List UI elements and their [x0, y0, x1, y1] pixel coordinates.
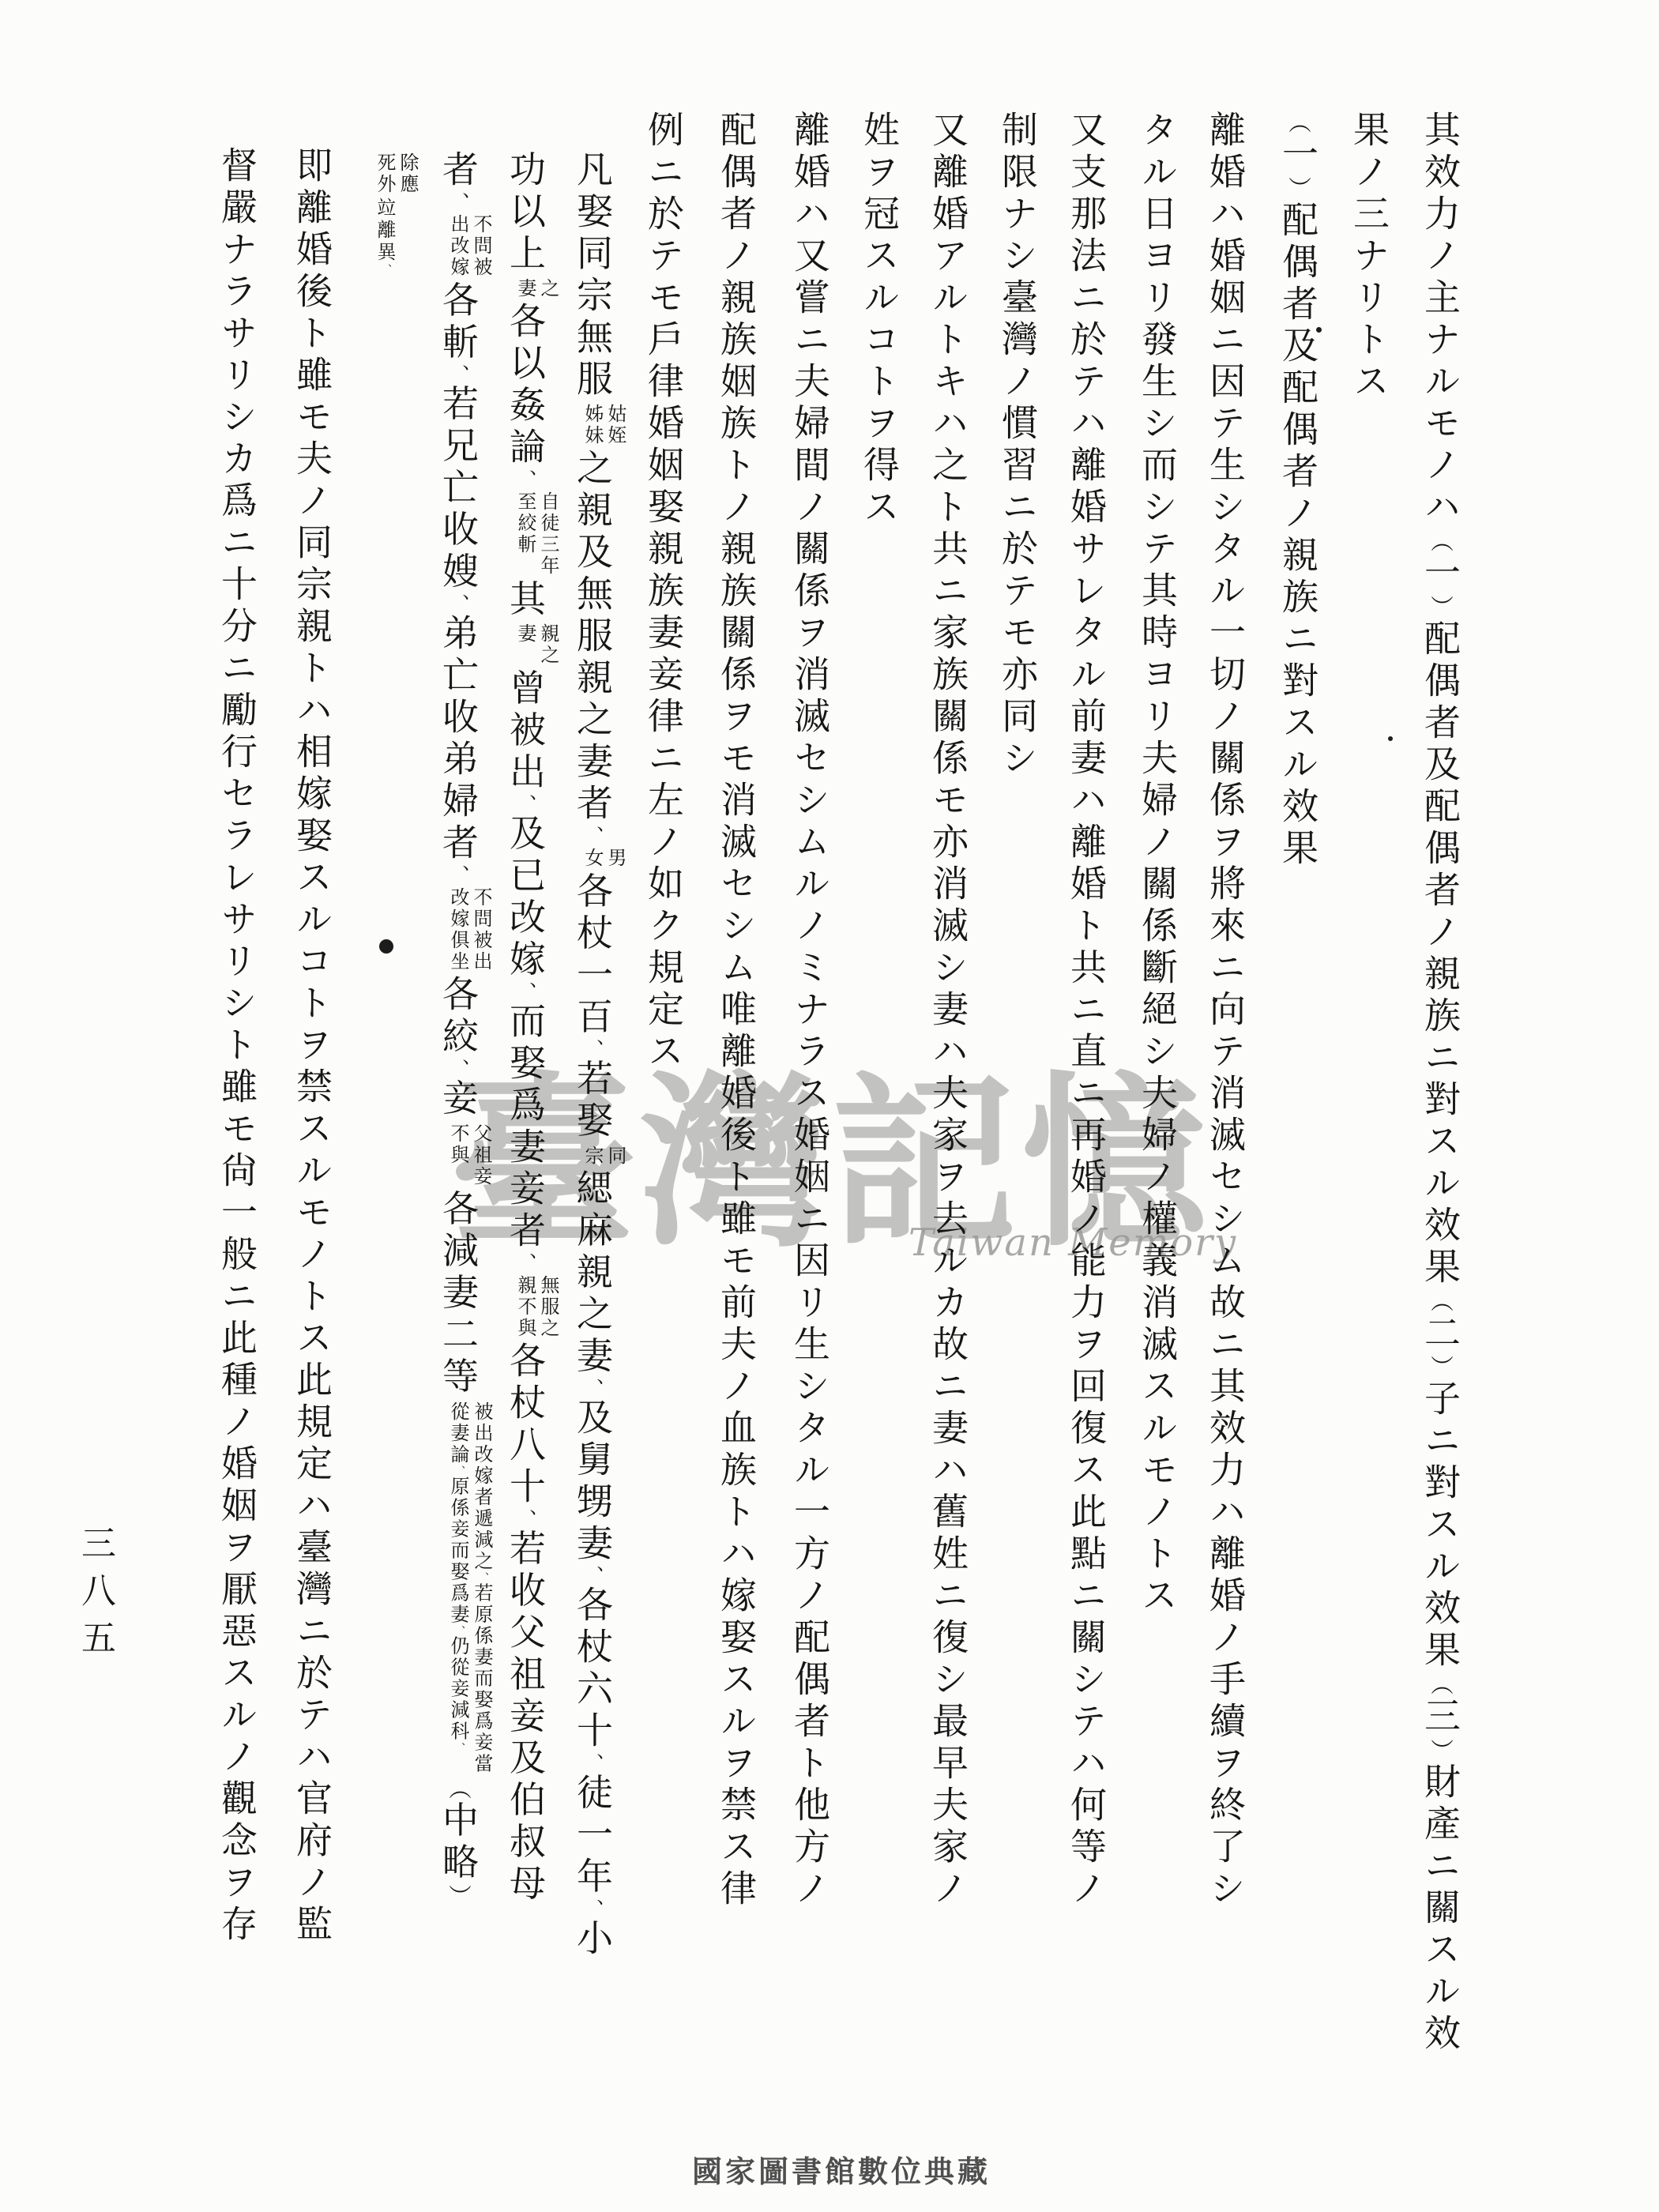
text-column-10: 離婚ハ又嘗ニ夫婦間ノ關係ヲ消滅セシムルノミナラス婚姻ニ因リ生シタル一方ノ配偶者ト…	[784, 111, 835, 1911]
punctuation: 、	[447, 1059, 470, 1078]
page-number: 三八五	[70, 1525, 120, 1667]
text-column-11: 配偶者ノ親族姻族トノ親族關係ヲモ消滅セシム唯離婚後ト雖モ前夫ノ血族トハ嫁娶スルヲ…	[711, 111, 762, 1911]
annotation-line: 不與	[446, 1123, 469, 1187]
annotation-line: 男	[604, 848, 626, 869]
text-column-2: 果ノ三ナリトス	[1344, 111, 1394, 404]
annotation-line: 親之	[536, 623, 559, 666]
annotation-line: 除應	[396, 152, 419, 195]
annotation-line: 改嫁俱坐	[446, 887, 469, 972]
punctuation: 、	[514, 469, 537, 489]
punctuation: 、	[379, 264, 391, 274]
inline-annotation: 之妻	[513, 278, 559, 299]
vertical-paren: ︵	[1428, 1289, 1454, 1314]
inline-annotation: 自徒三年至絞斬	[513, 491, 559, 577]
annotation-line: 出改嫁	[446, 214, 469, 278]
ink-speck	[379, 939, 393, 954]
punctuation: 、	[447, 364, 470, 384]
annotation-line: 妻	[513, 623, 536, 666]
text-column-6: 又支那法ニ於テハ離婚サレタル前妻ハ離婚ト共ニ直ニ再婚ノ能力ヲ回復ス此點ニ關シテハ…	[1061, 111, 1112, 1911]
ink-speck	[1316, 327, 1322, 333]
annotation-line: 女	[581, 848, 604, 869]
ink-speck	[1213, 998, 1217, 1003]
punctuation: 、	[476, 1572, 488, 1582]
vertical-paren: ︵	[1428, 1672, 1454, 1697]
punctuation: 、	[581, 826, 604, 845]
library-footer: 國家圖書館數位典藏	[0, 2147, 1659, 2191]
punctuation: 、	[514, 1509, 537, 1529]
annotation-line: 不問被	[469, 214, 492, 278]
punctuation: 、	[453, 1465, 465, 1476]
inline-annotation: 父祖妾不與	[446, 1123, 492, 1187]
annotation-line: 無服之	[536, 1275, 559, 1339]
punctuation: 、	[453, 1742, 465, 1752]
punctuation: 、	[514, 794, 537, 814]
vertical-paren: ︵	[1428, 529, 1454, 554]
punctuation: 、	[447, 594, 470, 614]
punctuation: 、	[581, 1899, 604, 1919]
vertical-paren: ︶	[446, 1884, 472, 1909]
punctuation: 、	[447, 192, 470, 212]
text-column-15: 者、不問被出改嫁各斬、若兄亡收嫂、弟亡收弟婦者、不問被出改嫁俱坐各絞、妾父祖妾不…	[433, 150, 494, 1909]
text-column-16: 除應死外竝離異、	[361, 150, 419, 274]
vertical-paren: ︶	[1428, 1739, 1454, 1763]
scanned-document-page: 臺灣記憶 Taiwan Memory 其效力ノ主ナルモノハ︵一︶配偶者及配偶者ノ…	[0, 0, 1659, 2212]
annotation-line: 姊妹	[581, 404, 604, 446]
inline-annotation: 男女	[581, 848, 626, 869]
annotation-line: 至絞斬	[513, 491, 536, 577]
annotation-line: 被出改嫁者遞減之、若原係妻而娶爲妾當	[470, 1401, 494, 1774]
annotation-line: 從妻論、原係妾而娶爲妻、仍從妾減科、	[446, 1401, 470, 1774]
punctuation: 、	[581, 1753, 604, 1773]
punctuation: 、	[514, 982, 537, 1002]
text-column-9: 姓ヲ冠スルコトヲ得ス	[854, 111, 905, 529]
punctuation: 、	[447, 865, 470, 885]
annotation-line: 同	[604, 1145, 626, 1167]
text-column-17: 即離婚後ト雖モ夫ノ同宗親トハ相嫁娶スルコトヲ禁スルモノトス此規定ハ臺灣ニ於テハ官…	[287, 146, 337, 1947]
ink-speck	[1388, 736, 1393, 741]
vertical-paren: ︵	[446, 1777, 472, 1801]
inline-annotation: 親之妻	[513, 623, 559, 666]
text-column-5: タル日ヨリ發生シ而シテ其時ヨリ夫婦ノ關係斷絕シ夫婦ノ權義消滅スルモノトス	[1132, 111, 1183, 1618]
annotation-line: 死外	[373, 152, 396, 195]
text-column-1: 其效力ノ主ナルモノハ︵一︶配偶者及配偶者ノ親族ニ對スル效果︵二︶子ニ對スル效果︵…	[1415, 111, 1465, 2056]
text-column-4: 離婚ハ婚姻ニ因テ生シタル一切ノ關係ヲ將來ニ向テ消滅セシム故ニ其效力ハ離婚ノ手續ヲ…	[1200, 111, 1251, 1911]
annotation-line: 宗	[581, 1145, 604, 1167]
text-column-18: 督嚴ナラサリシカ爲ニ十分ニ勵行セラレサリシト雖モ尙一般ニ此種ノ婚姻ヲ厭惡スルノ觀…	[212, 146, 262, 1947]
inline-annotation: 除應死外	[373, 152, 419, 195]
inline-annotation: 被出改嫁者遞減之、若原係妻而娶爲妾當從妻論、原係妾而娶爲妻、仍從妾減科、	[446, 1401, 494, 1774]
annotation-line: 父祖妾	[469, 1123, 492, 1187]
vertical-paren: ︵	[1285, 111, 1311, 135]
annotation-line: 親不與	[513, 1275, 536, 1339]
text-column-7: 制限ナシ臺灣ノ慣習ニ於テモ亦同シ	[992, 111, 1043, 781]
vertical-paren: ︶	[1428, 1356, 1454, 1380]
punctuation: 、	[453, 1625, 465, 1635]
vertical-paren: ︶	[1428, 596, 1454, 620]
punctuation: 、	[581, 1039, 604, 1059]
punctuation: 、	[514, 1253, 537, 1273]
inline-annotation: 不問被出改嫁俱坐	[446, 887, 492, 972]
annotation-line: 姑姪	[604, 404, 626, 446]
annotation-line: 之	[536, 278, 559, 299]
inline-annotation: 無服之親不與	[513, 1275, 559, 1339]
inline-annotation: 同宗	[581, 1145, 626, 1167]
text-column-12: 例ニ於テモ戶律婚姻娶親族妻妾律ニ左ノ如ク規定ス	[638, 111, 689, 1074]
text-column-3: ︵一︶配偶者及配偶者ノ親族ニ對スル效果	[1273, 111, 1323, 871]
inline-annotation: 姑姪姊妹	[581, 404, 626, 446]
vertical-paren: ︶	[1285, 177, 1311, 201]
annotation-line: 妻	[513, 278, 536, 299]
text-column-13: 凡娶同宗無服姑姪姊妹之親及無服親之妻者、男女各杖一百、若娶同宗緦麻親之妻、及舅甥…	[567, 150, 626, 1961]
punctuation: 、	[581, 1566, 604, 1586]
text-column-8: 又離婚アルトキハ之ト共ニ家族關係モ亦消滅シ妻ハ夫家ヲ去ルカ故ニ妻ハ舊姓ニ復シ最早…	[923, 111, 973, 1911]
inline-annotation: 不問被出改嫁	[446, 214, 492, 278]
annotation-line: 不問被出	[469, 887, 492, 972]
annotation-line: 自徒三年	[536, 491, 559, 577]
text-column-14: 功以上之妻各以姦論、自徒三年至絞斬其親之妻曾被出、及已改嫁、而娶爲妻妾者、無服之…	[500, 150, 559, 1906]
punctuation: 、	[581, 1379, 604, 1398]
